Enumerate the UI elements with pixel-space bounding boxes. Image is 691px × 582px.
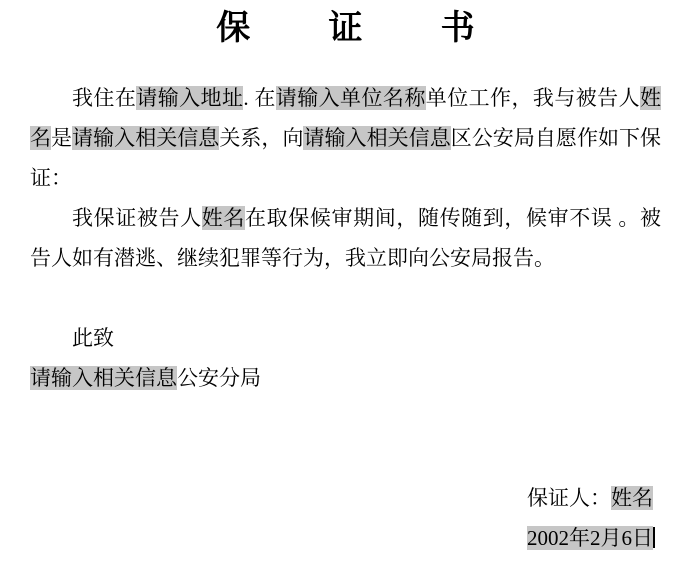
field-date[interactable]: 2002年2月6日: [527, 526, 653, 550]
document-body: 我住在请输入地址. 在请输入单位名称单位工作，我与被告人姓名是请输入相关信息关系…: [30, 78, 661, 558]
guarantor-line: 保证人：姓名: [527, 478, 661, 518]
date-line: 2002年2月6日: [527, 518, 661, 558]
field-guarantor-name[interactable]: 姓名: [611, 486, 653, 510]
guarantor-label: 保证人：: [527, 486, 611, 510]
text-cursor: [653, 527, 655, 548]
field-address[interactable]: 请输入地址: [136, 86, 243, 110]
closing-bureau-line: 请输入相关信息公安分局: [30, 358, 661, 398]
document-title: 保证书: [30, 5, 661, 51]
body-text-run: 我住在: [72, 86, 136, 110]
field-defendant-name-2[interactable]: 姓名: [202, 206, 245, 230]
paragraph-guarantee: 我保证被告人姓名在取保候审期间，随传随到，候审不误 。被告人如有潜逃、继续犯罪等…: [30, 198, 661, 278]
body-text-run: 公安分局: [177, 366, 261, 390]
field-district-info[interactable]: 请输入相关信息: [303, 126, 450, 150]
field-relation-info[interactable]: 请输入相关信息: [72, 126, 219, 150]
body-text-run: 是: [51, 126, 72, 150]
document-page: 保证书 我住在请输入地址. 在请输入单位名称单位工作，我与被告人姓名是请输入相关…: [0, 0, 691, 582]
closing-salute: 此致: [30, 318, 661, 358]
body-text-run: 我保证被告人: [72, 206, 202, 230]
signature-block: 保证人：姓名 2002年2月6日: [527, 478, 661, 558]
body-text-run: 单位工作，我与被告人: [426, 86, 640, 110]
blank-line: [30, 278, 661, 318]
body-text-run: . 在: [243, 86, 275, 110]
field-company-name[interactable]: 请输入单位名称: [276, 86, 426, 110]
body-text-run: 关系，向: [219, 126, 303, 150]
paragraph-residence: 我住在请输入地址. 在请输入单位名称单位工作，我与被告人姓名是请输入相关信息关系…: [30, 78, 661, 198]
field-bureau-info[interactable]: 请输入相关信息: [30, 366, 177, 390]
